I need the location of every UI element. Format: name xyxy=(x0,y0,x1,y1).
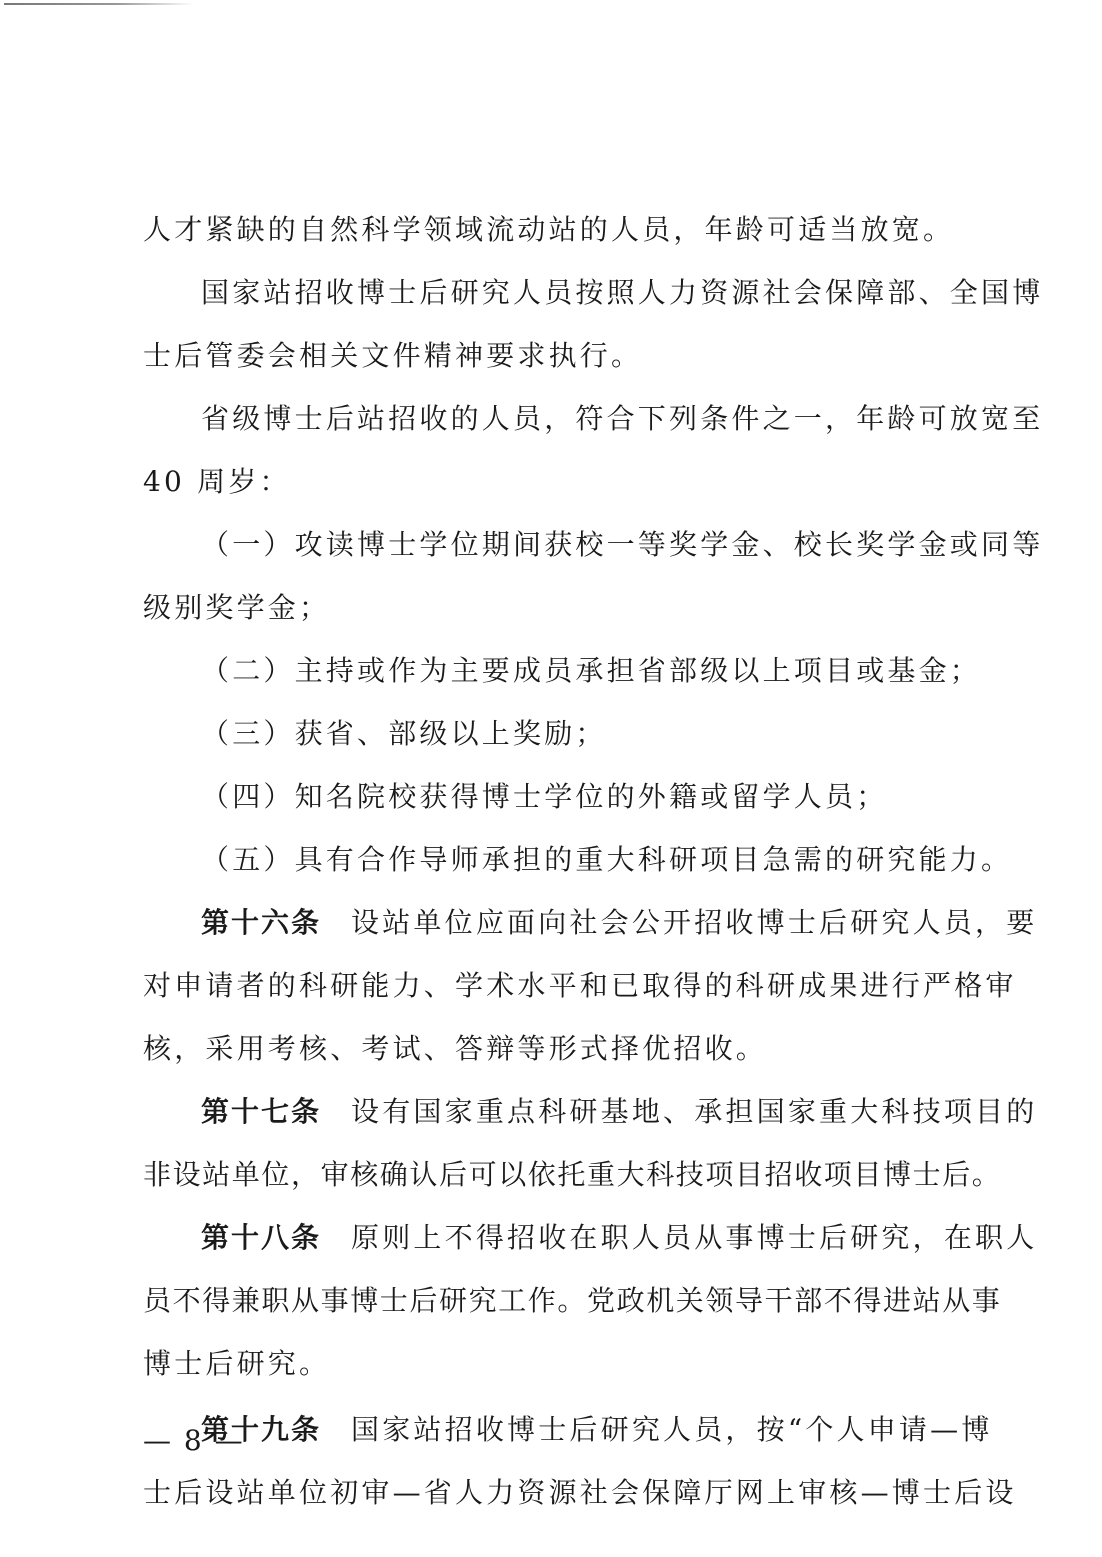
list-item-5: （五）具有合作导师承担的重大科研项目急需的研究能力。 xyxy=(201,842,1012,878)
paragraph-line: 士后管委会相关文件精神要求执行。 xyxy=(143,338,642,374)
article-line: 核，采用考核、考试、答辩等形式择优招收。 xyxy=(143,1031,767,1067)
article-text: 原则上不得招收在职人员从事博士后研究，在职人 xyxy=(351,1221,1037,1254)
paragraph-line: 国家站招收博士后研究人员按照人力资源社会保障部、全国博 xyxy=(201,275,1043,311)
page-number: — 8 — xyxy=(143,1423,245,1459)
article-line: 非设站单位，审核确认后可以依托重大科技项目招收项目博士后。 xyxy=(143,1157,1001,1193)
paragraph-line: 40 周岁： xyxy=(143,464,291,500)
article-16: 第十六条设站单位应面向社会公开招收博士后研究人员，要 xyxy=(201,905,1037,941)
article-heading: 第十六条 xyxy=(201,906,321,939)
article-heading: 第十七条 xyxy=(201,1095,321,1128)
scan-edge-line xyxy=(4,3,194,5)
list-item-1-cont: 级别奖学金； xyxy=(143,590,330,626)
article-text: 国家站招收博士后研究人员，按“个人申请—博 xyxy=(351,1413,993,1446)
list-item-4: （四）知名院校获得博士学位的外籍或留学人员； xyxy=(201,779,887,815)
paragraph-line: 省级博士后站招收的人员，符合下列条件之一，年龄可放宽至 xyxy=(201,401,1043,437)
article-text: 设有国家重点科研基地、承担国家重大科技项目的 xyxy=(351,1095,1037,1128)
paragraph-line: 人才紧缺的自然科学领域流动站的人员，年龄可适当放宽。 xyxy=(143,212,954,248)
list-item-1: （一）攻读博士学位期间获校一等奖学金、校长奖学金或同等 xyxy=(201,527,1043,563)
article-17: 第十七条设有国家重点科研基地、承担国家重大科技项目的 xyxy=(201,1094,1037,1130)
article-text: 设站单位应面向社会公开招收博士后研究人员，要 xyxy=(351,906,1037,939)
article-line: 士后设站单位初审—省人力资源社会保障厅网上审核—博士后设 xyxy=(143,1475,1017,1511)
article-19: 第十九条国家站招收博士后研究人员，按“个人申请—博 xyxy=(201,1412,993,1448)
article-line: 对申请者的科研能力、学术水平和已取得的科研成果进行严格审 xyxy=(143,968,1017,1004)
article-18: 第十八条原则上不得招收在职人员从事博士后研究，在职人 xyxy=(201,1220,1037,1256)
list-item-2: （二）主持或作为主要成员承担省部级以上项目或基金； xyxy=(201,653,981,689)
article-heading: 第十八条 xyxy=(201,1221,321,1254)
list-item-3: （三）获省、部级以上奖励； xyxy=(201,716,607,752)
article-line: 博士后研究。 xyxy=(143,1346,330,1382)
article-line: 员不得兼职从事博士后研究工作。党政机关领导干部不得进站从事 xyxy=(143,1283,1001,1319)
